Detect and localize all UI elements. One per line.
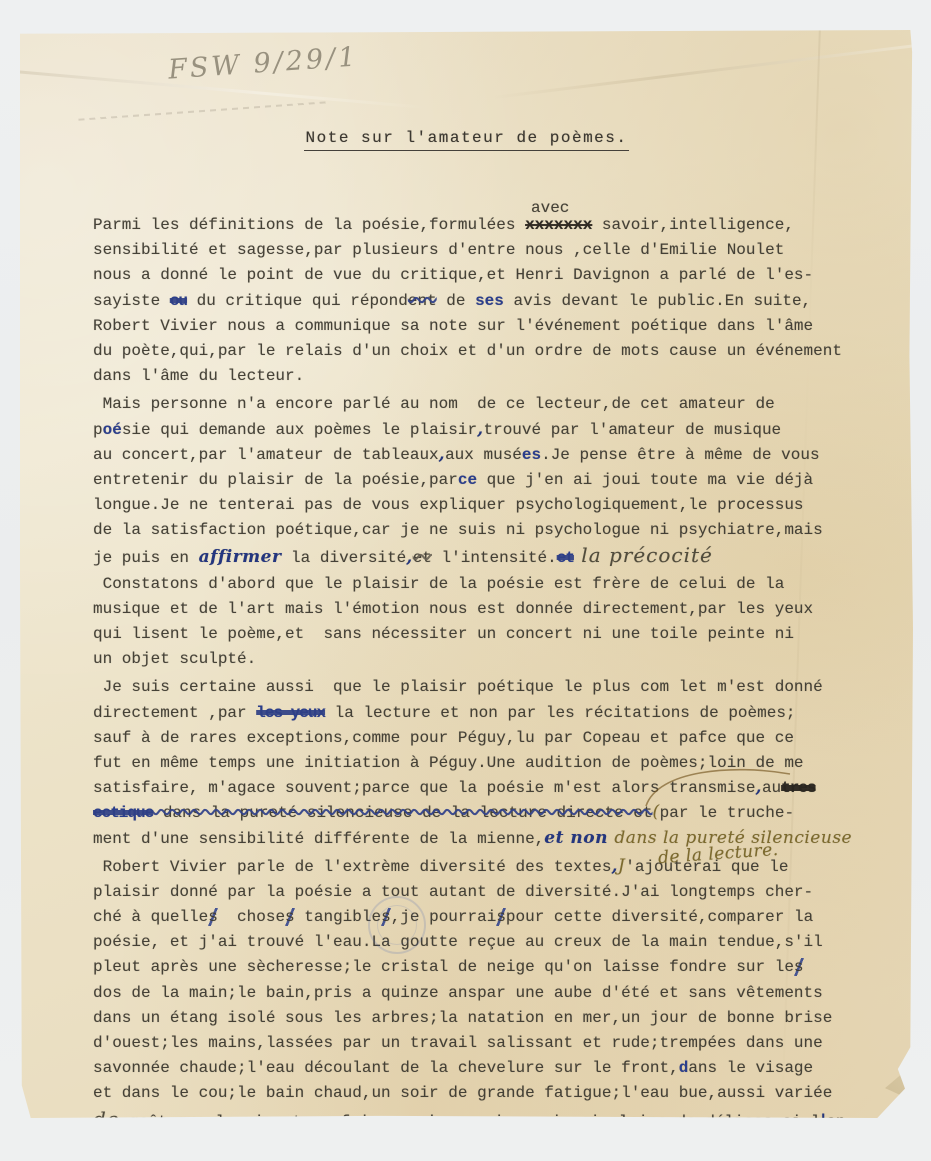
typed-text: chose — [218, 908, 285, 926]
typed-text: l'intensité. — [432, 549, 557, 567]
text-line: dos de la main;le bain,pris a quinze ans… — [93, 981, 883, 1006]
text-line: ché à quelles choses tangibles,je pourra… — [93, 905, 883, 930]
typed-text: dans un étang isolé sous les arbres;la n… — [93, 1009, 832, 1027]
typed-text: Robert Vivier nous a communique sa note … — [93, 317, 813, 335]
typed-text: longue.Je ne tenterai pas de vous expliq… — [93, 496, 804, 514]
text-line: Constatons d'abord que le plaisir de la … — [93, 572, 883, 597]
typed-text: sie qui demande aux poèmes le plaisir — [122, 421, 477, 439]
text-line: dans l'âme du lecteur. — [93, 364, 883, 389]
typed-text: Robert Vivier parle de l'extrème diversi… — [93, 858, 611, 876]
typed-text: la lecture et non par les récitations de… — [325, 704, 795, 722]
text-line: un objet sculpté. — [93, 647, 883, 672]
typed-text: entretenir du plaisir de la poésie,par — [93, 471, 458, 489]
text-line: Mais personne n'a encore parlé au nom de… — [93, 392, 883, 417]
typed-text: p — [93, 421, 103, 439]
handwritten-blue-ink: affirmer — [199, 547, 282, 567]
handwritten-dark-ink: la précocité — [574, 543, 713, 567]
text-line: dans un étang isolé sous les arbres;la n… — [93, 1006, 883, 1031]
scratch-mark — [78, 101, 328, 120]
text-line: sensibilité et sagesse,par plusieurs d'e… — [93, 238, 883, 263]
text-line: savonnée chaude;l'eau découlant de la ch… — [93, 1056, 883, 1081]
torn-corner — [885, 1066, 911, 1100]
pencil-strikethrough: et — [413, 549, 432, 567]
ink-connector-stroke — [638, 766, 803, 814]
text-line: d'ouest;les mains,lassées par un travail… — [93, 1031, 883, 1056]
text-line: du poète,qui,par le relais d'un choix et… — [93, 339, 883, 364]
typed-body-text: Parmi les définitions de la poésie,formu… — [93, 210, 883, 1132]
text-line: sayiste ou du critique qui répondent de … — [93, 289, 883, 314]
ink-slash-deletion: s — [496, 908, 506, 926]
typed-text: savoir,intelligence, — [592, 216, 794, 234]
typed-text: Je suis certaine aussi que le plaisir po… — [93, 678, 823, 696]
text-line: je puis en affirmer la diversité,et l'in… — [93, 543, 883, 568]
text-line: nous a donné le point de vue du critique… — [93, 263, 883, 288]
typed-text: la diversité — [281, 549, 406, 567]
text-line: qui lisent le poème,et sans nécessiter u… — [93, 622, 883, 647]
document-title: Note sur l'amateur de poèmes. — [304, 129, 630, 151]
typed-text: trouvé par l'amateur de musique — [484, 421, 782, 439]
typed-text: d'ouest;les mains,lassées par un travail… — [93, 1034, 823, 1052]
paper-sheet: FSW 9/29/1 Note sur l'amateur de poèmes.… — [20, 30, 913, 1118]
text-line: Robert Vivier parle de l'extrème diversi… — [93, 855, 883, 880]
typed-text: on — [826, 1113, 845, 1131]
typed-text: pour cette diversité,comparer la — [506, 908, 813, 926]
paper-crease — [491, 44, 918, 99]
typed-text: qui lisent le poème,et sans nécessiter u… — [93, 625, 794, 643]
handwritten-blue-ink: et non — [544, 828, 614, 848]
typed-text: poésie, et j'ai trouvé l'eau.La goutte r… — [93, 933, 823, 951]
ink-slash-deletion: s — [794, 958, 804, 976]
round-ink-stamp — [368, 896, 426, 954]
handwritten-dark-ink: de — [93, 1107, 120, 1131]
typed-text: ans le visage — [688, 1059, 813, 1077]
text-line: poésie qui demande aux poèmes le plaisir… — [93, 418, 883, 443]
typed-text: de — [437, 292, 475, 310]
text-line: au concert,par l'amateur de tableaux,aux… — [93, 443, 883, 468]
archival-reference-pencil: FSW 9/29/1 — [167, 41, 359, 85]
text-line: de goût que le vin,et parfois aussi mauv… — [93, 1107, 883, 1132]
typed-text: pleut après une sècheresse;le cristal de… — [93, 958, 794, 976]
text-line: longue.Je ne tenterai pas de vous expliq… — [93, 493, 883, 518]
text-line: musique et de l'art mais l'émotion nous … — [93, 597, 883, 622]
typed-text: Parmi les définitions de la poésie,formu… — [93, 216, 525, 234]
text-line: sauf à de rares exceptions,comme pour Pé… — [93, 726, 883, 751]
retyped-blue-ink: d — [679, 1059, 689, 1077]
typed-text: et dans le cou;le bain chaud,un soir de … — [93, 1084, 832, 1102]
typed-text: plaisir donné par la poésie a tout autan… — [93, 883, 813, 901]
typed-text: goût que le vin,et parfois aussi mauvais… — [120, 1113, 821, 1131]
typed-text: .Je pense être à même de vous — [541, 446, 819, 464]
typed-text: dos de la main;le bain,pris a quinze ans… — [93, 984, 823, 1002]
typed-text: que j'en ai joui toute ma vie déjà — [477, 471, 813, 489]
text-line: entretenir du plaisir de la poésie,parce… — [93, 468, 883, 493]
text-line: Robert Vivier nous a communique sa note … — [93, 314, 883, 339]
typed-text: nous a donné le point de vue du critique… — [93, 266, 813, 284]
text-line: de la satisfaction poétique,car je ne su… — [93, 518, 883, 543]
typed-text: ché à quelle — [93, 908, 208, 926]
typed-text: de la satisfaction poétique,car je ne su… — [93, 521, 823, 539]
typed-text: Mais personne n'a encore parlé au nom de… — [93, 395, 775, 413]
retyped-blue-ink: es — [522, 446, 541, 464]
typed-text: un objet sculpté. — [93, 650, 256, 668]
typed-text: savonnée chaude;l'eau découlant de la ch… — [93, 1059, 679, 1077]
ink-scribble-blue: les yeux — [256, 704, 325, 722]
retyped-blue-ink: oé — [103, 421, 122, 439]
retyped-blue-ink: ce — [458, 471, 477, 489]
text-line: poésie, et j'ai trouvé l'eau.La goutte r… — [93, 930, 883, 955]
typed-text: du poète,qui,par le relais d'un choix et… — [93, 342, 842, 360]
text-line: Parmi les définitions de la poésie,formu… — [93, 213, 883, 238]
interline-insertion: avec — [531, 196, 569, 221]
text-line: pleut après une sècheresse;le cristal de… — [93, 955, 883, 980]
typed-text: je puis en — [93, 549, 199, 567]
typed-text: Constatons d'abord que le plaisir de la … — [93, 575, 784, 593]
typed-text: musique et de l'art mais l'émotion nous … — [93, 600, 813, 618]
ink-scribble-blue: ou — [170, 292, 187, 310]
scanned-document-page: { "scan": { "background_color": "#edeff0… — [0, 0, 931, 1161]
typed-text: sayiste — [93, 292, 170, 310]
typed-text: avis devant le public.En suite, — [504, 292, 811, 310]
text-line: plaisir donné par la poésie a tout autan… — [93, 880, 883, 905]
typed-text: sauf à de rares exceptions,comme pour Pé… — [93, 729, 794, 747]
typed-text: aux musé — [445, 446, 522, 464]
typed-text: directement ,par — [93, 704, 256, 722]
retyped-blue-ink: ses — [475, 292, 504, 310]
typed-text: du critique qui répond — [187, 292, 408, 310]
typed-text: sensibilité et sagesse,par plusieurs d'e… — [93, 241, 784, 259]
ink-strikethrough-blue: dans la pureté silencieuse de la lecture… — [153, 804, 652, 822]
typed-text: dans l'âme du lecteur. — [93, 367, 304, 385]
typed-text: au concert,par l'amateur de tableaux — [93, 446, 439, 464]
typed-text: ment d'une sensibilité différente de la … — [93, 830, 544, 848]
ink-scribble-blue: et — [557, 549, 574, 567]
text-line: directement ,par les yeux la lecture et … — [93, 701, 883, 726]
ink-slash-deletion: s — [285, 908, 295, 926]
text-line: et dans le cou;le bain chaud,un soir de … — [93, 1081, 883, 1106]
ink-slash-deletion: s — [208, 908, 218, 926]
text-line: Je suis certaine aussi que le plaisir po… — [93, 675, 883, 700]
ink-scribble-blue: ectique — [93, 804, 153, 822]
ink-strikethrough-blue: ent — [408, 292, 437, 310]
